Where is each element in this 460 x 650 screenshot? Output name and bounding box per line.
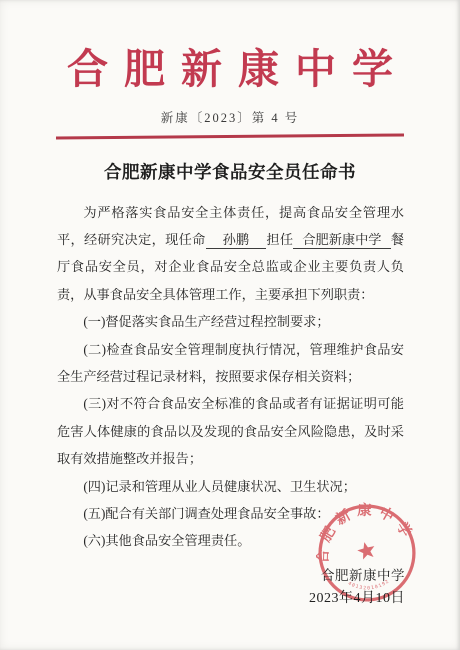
document-page: 合肥新康中学 新康〔2023〕第 4 号 合肥新康中学食品安全员任命书 为严格落… (0, 0, 460, 650)
red-divider-line (56, 133, 404, 139)
duty-item: (一)督促落实食品生产经营过程控制要求； (57, 308, 404, 335)
duty-item: (四)记录和管理从业人员健康状况、卫生状况； (57, 473, 404, 500)
signature-block: 合肥新康中学 2023年4月10日 (0, 564, 405, 610)
duty-item: (二)检查食品安全管理制度执行情况，管理维护食品安全生产经营过程记录材料，按照要… (57, 336, 404, 391)
letterhead-title: 合肥新康中学 (0, 36, 460, 95)
seal-star-icon (356, 540, 377, 560)
signature-name: 合肥新康中学 (0, 564, 405, 587)
document-number: 新康〔2023〕第 4 号 (0, 108, 460, 126)
intro-paragraph: 为严格落实食品安全主体责任，提高食品安全管理水平，经研究决定，现任命孙鹏担任合肥… (57, 199, 404, 309)
appointee-name-blank: 孙鹏 (206, 231, 266, 249)
intro-text-2: 担任 (266, 232, 293, 247)
document-title: 合肥新康中学食品安全员任命书 (0, 159, 460, 184)
duty-item: (三)对不符合食品安全标准的食品或者有证据证明可能危害人体健康的食品以及发现的食… (57, 390, 404, 472)
seal-ring-text: 合肥新康中学 (316, 502, 418, 568)
organization-blank: 合肥新康中学 (293, 231, 390, 249)
signature-date: 2023年4月10日 (0, 587, 405, 610)
